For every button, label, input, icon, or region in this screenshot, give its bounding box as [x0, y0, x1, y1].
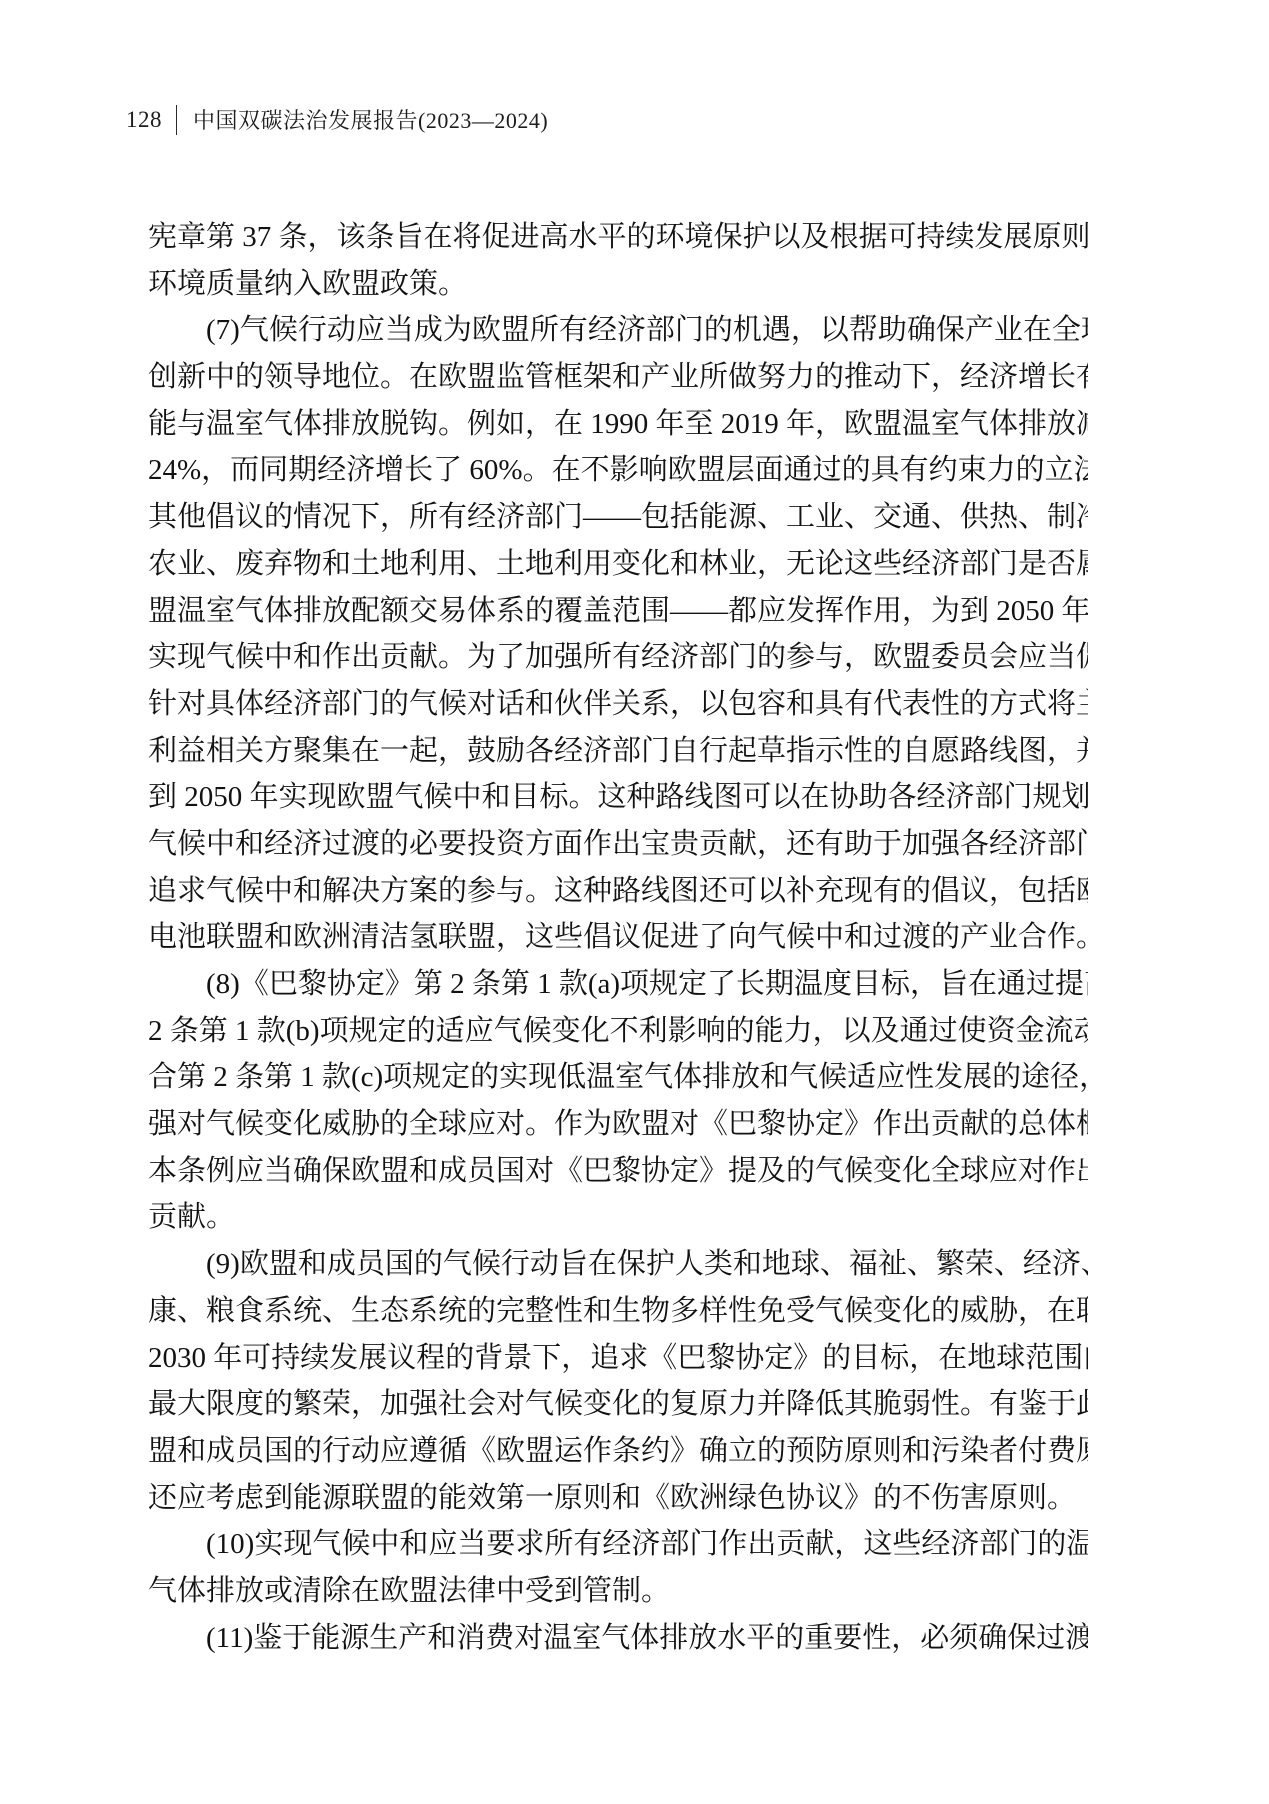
text-line: 本条例应当确保欧盟和成员国对《巴黎协定》提及的气候变化全球应对作出: [148, 1148, 1088, 1195]
text-line: 2030 年可持续发展议程的背景下，追求《巴黎协定》的目标，在地球范围内实现: [148, 1335, 1088, 1382]
text-line: 最大限度的繁荣，加强社会对气候变化的复原力并降低其脆弱性。有鉴于此，欧: [148, 1381, 1088, 1428]
text-line: 到 2050 年实现欧盟气候中和目标。这种路线图可以在协助各经济部门规划向: [148, 774, 1088, 821]
header-divider: [176, 105, 177, 135]
page-number: 128: [126, 107, 176, 133]
text-line: 盟温室气体排放配额交易体系的覆盖范围——都应发挥作用，为到 2050 年欧盟: [148, 588, 1088, 635]
text-line: 实现气候中和作出贡献。为了加强所有经济部门的参与，欧盟委员会应当促进: [148, 634, 1088, 681]
text-line: 贡献。: [148, 1194, 1088, 1241]
text-line: 强对气候变化威胁的全球应对。作为欧盟对《巴黎协定》作出贡献的总体框架，: [148, 1101, 1088, 1148]
text-line: 利益相关方聚集在一起，鼓励各经济部门自行起草指示性的自愿路线图，并计划: [148, 728, 1088, 775]
text-line: 宪章第 37 条，该条旨在将促进高水平的环境保护以及根据可持续发展原则改善: [148, 214, 1088, 261]
page-header: 128 中国双碳法治发展报告(2023—2024): [126, 104, 548, 135]
text-line: 合第 2 条第 1 款(c)项规定的实现低温室气体排放和气候适应性发展的途径，加: [148, 1054, 1088, 1101]
text-line: 能与温室气体排放脱钩。例如，在 1990 年至 2019 年，欧盟温室气体排放减…: [148, 401, 1088, 448]
text-line: 电池联盟和欧洲清洁氢联盟，这些倡议促进了向气候中和过渡的产业合作。: [148, 914, 1088, 961]
text-line: (11)鉴于能源生产和消费对温室气体排放水平的重要性，必须确保过渡到: [148, 1615, 1088, 1662]
text-line: (8)《巴黎协定》第 2 条第 1 款(a)项规定了长期温度目标，旨在通过提高第: [148, 961, 1088, 1008]
text-line: (7)气候行动应当成为欧盟所有经济部门的机遇，以帮助确保产业在全球: [148, 307, 1088, 354]
text-line: 追求气候中和解决方案的参与。这种路线图还可以补充现有的倡议，包括欧洲: [148, 868, 1088, 915]
book-title: 中国双碳法治发展报告(2023—2024): [193, 104, 548, 135]
text-line: 24%，而同期经济增长了 60%。在不影响欧盟层面通过的具有约束力的立法和: [148, 447, 1088, 494]
text-line: (10)实现气候中和应当要求所有经济部门作出贡献，这些经济部门的温室: [148, 1521, 1088, 1568]
text-line: 针对具体经济部门的气候对话和伙伴关系，以包容和具有代表性的方式将主要: [148, 681, 1088, 728]
document-page: 128 中国双碳法治发展报告(2023—2024) 宪章第 37 条，该条旨在将…: [0, 0, 1269, 1804]
text-line: 创新中的领导地位。在欧盟监管框架和产业所做努力的推动下，经济增长有可: [148, 354, 1088, 401]
text-line: 其他倡议的情况下，所有经济部门——包括能源、工业、交通、供热、制冷和建筑、: [148, 494, 1088, 541]
text-line: 环境质量纳入欧盟政策。: [148, 261, 1088, 308]
text-line: 2 条第 1 款(b)项规定的适应气候变化不利影响的能力，以及通过使资金流动符: [148, 1008, 1088, 1055]
text-line: (9)欧盟和成员国的气候行动旨在保护人类和地球、福祉、繁荣、经济、健: [148, 1241, 1088, 1288]
text-line: 气候中和经济过渡的必要投资方面作出宝贵贡献，还有助于加强各经济部门对: [148, 821, 1088, 868]
text-line: 农业、废弃物和土地利用、土地利用变化和林业，无论这些经济部门是否属于欧: [148, 541, 1088, 588]
text-line: 盟和成员国的行动应遵循《欧盟运作条约》确立的预防原则和污染者付费原则，: [148, 1428, 1088, 1475]
page-body: 宪章第 37 条，该条旨在将促进高水平的环境保护以及根据可持续发展原则改善环境质…: [148, 214, 1088, 1661]
text-line: 气体排放或清除在欧盟法律中受到管制。: [148, 1568, 1088, 1615]
text-line: 还应考虑到能源联盟的能效第一原则和《欧洲绿色协议》的不伤害原则。: [148, 1475, 1088, 1522]
text-line: 康、粮食系统、生态系统的完整性和生物多样性免受气候变化的威胁，在联合国: [148, 1288, 1088, 1335]
